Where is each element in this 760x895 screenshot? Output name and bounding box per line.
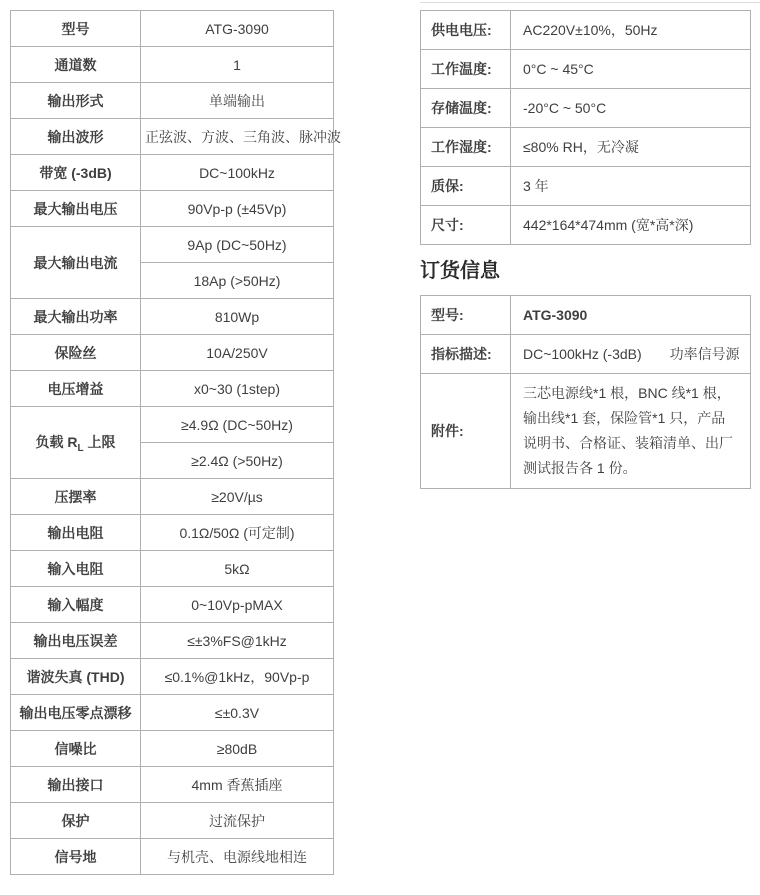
- spec-value: ≥80dB: [141, 731, 334, 767]
- table-row: 输入幅度 0~10Vp-pMAX: [11, 587, 334, 623]
- env-value: ≤80% RH，无冷凝: [511, 128, 751, 167]
- table-row: 尺寸: 442*164*474mm (宽*高*深): [421, 206, 751, 245]
- spec-label: 电压增益: [11, 371, 141, 407]
- table-row: 谐波失真 (THD) ≤0.1%@1kHz，90Vp-p: [11, 659, 334, 695]
- spec-label: 保护: [11, 803, 141, 839]
- spec-value: 0~10Vp-pMAX: [141, 587, 334, 623]
- spec-value: ≤±0.3V: [141, 695, 334, 731]
- table-row: 信噪比 ≥80dB: [11, 731, 334, 767]
- env-label: 工作湿度:: [421, 128, 511, 167]
- spec-label: 最大输出功率: [11, 299, 141, 335]
- spec-label: 最大输出电压: [11, 191, 141, 227]
- table-row: 输出电阻 0.1Ω/50Ω (可定制): [11, 515, 334, 551]
- env-label: 存储温度:: [421, 89, 511, 128]
- divider: [420, 2, 760, 3]
- spec-value: 正弦波、方波、三角波、脉冲波: [141, 119, 334, 155]
- table-row: 输出波形 正弦波、方波、三角波、脉冲波: [11, 119, 334, 155]
- table-row: 型号 ATG-3090: [11, 11, 334, 47]
- spec-value: 过流保护: [141, 803, 334, 839]
- spec-value: 90Vp-p (±45Vp): [141, 191, 334, 227]
- spec-label: 型号: [11, 11, 141, 47]
- order-label: 附件:: [421, 374, 511, 489]
- table-row: 型号: ATG-3090: [421, 296, 751, 335]
- table-row: 输出电压误差 ≤±3%FS@1kHz: [11, 623, 334, 659]
- spec-table: 型号 ATG-3090 通道数 1 输出形式 单端输出 输出波形 正弦波、方波、…: [10, 10, 334, 875]
- spec-sheet-page: 型号 ATG-3090 通道数 1 输出形式 单端输出 输出波形 正弦波、方波、…: [0, 0, 760, 895]
- order-label: 指标描述:: [421, 335, 511, 374]
- table-row: 负载 RL 上限 ≥4.9Ω (DC~50Hz): [11, 407, 334, 443]
- spec-label: 输出电阻: [11, 515, 141, 551]
- table-row: 最大输出电压 90Vp-p (±45Vp): [11, 191, 334, 227]
- spec-value: 4mm 香蕉插座: [141, 767, 334, 803]
- env-value: -20°C ~ 50°C: [511, 89, 751, 128]
- order-model-value: ATG-3090: [511, 296, 751, 335]
- table-row: 工作温度: 0°C ~ 45°C: [421, 50, 751, 89]
- order-label: 型号:: [421, 296, 511, 335]
- spec-value: 18Ap (>50Hz): [141, 263, 334, 299]
- spec-label: 输出形式: [11, 83, 141, 119]
- spec-value: ≥2.4Ω (>50Hz): [141, 443, 334, 479]
- spec-value: ≤±3%FS@1kHz: [141, 623, 334, 659]
- spec-value: 5kΩ: [141, 551, 334, 587]
- table-row: 通道数 1: [11, 47, 334, 83]
- table-row: 输出形式 单端输出: [11, 83, 334, 119]
- table-row: 指标描述: DC~100kHz (-3dB) 功率信号源: [421, 335, 751, 374]
- spec-label: 输出电压误差: [11, 623, 141, 659]
- spec-value: 1: [141, 47, 334, 83]
- spec-label: 信号地: [11, 839, 141, 875]
- table-row: 附件: 三芯电源线*1 根，BNC 线*1 根，输出线*1 套，保险管*1 只，…: [421, 374, 751, 489]
- table-row: 信号地 与机壳、电源线地相连: [11, 839, 334, 875]
- spec-value: 0.1Ω/50Ω (可定制): [141, 515, 334, 551]
- table-row: 保护 过流保护: [11, 803, 334, 839]
- spec-label: 输入电阻: [11, 551, 141, 587]
- table-row: 电压增益 x0~30 (1step): [11, 371, 334, 407]
- table-row: 输入电阻 5kΩ: [11, 551, 334, 587]
- env-value: AC220V±10%，50Hz: [511, 11, 751, 50]
- env-value: 442*164*474mm (宽*高*深): [511, 206, 751, 245]
- spec-value: DC~100kHz: [141, 155, 334, 191]
- spec-value: ≥20V/µs: [141, 479, 334, 515]
- table-row: 供电电压: AC220V±10%，50Hz: [421, 11, 751, 50]
- spec-label: 负载 RL 上限: [11, 407, 141, 479]
- order-accessories-value: 三芯电源线*1 根，BNC 线*1 根，输出线*1 套，保险管*1 只，产品说明…: [511, 374, 751, 489]
- env-label: 工作温度:: [421, 50, 511, 89]
- spec-label: 压摆率: [11, 479, 141, 515]
- env-label: 尺寸:: [421, 206, 511, 245]
- table-row: 输出接口 4mm 香蕉插座: [11, 767, 334, 803]
- spec-value: 810Wp: [141, 299, 334, 335]
- table-row: 带宽 (-3dB) DC~100kHz: [11, 155, 334, 191]
- order-spec-value: DC~100kHz (-3dB) 功率信号源: [511, 335, 751, 374]
- table-row: 最大输出功率 810Wp: [11, 299, 334, 335]
- spec-label: 输出电压零点漂移: [11, 695, 141, 731]
- table-row: 压摆率 ≥20V/µs: [11, 479, 334, 515]
- order-info-table: 型号: ATG-3090 指标描述: DC~100kHz (-3dB) 功率信号…: [420, 295, 751, 489]
- spec-label: 最大输出电流: [11, 227, 141, 299]
- spec-value: ≥4.9Ω (DC~50Hz): [141, 407, 334, 443]
- spec-label: 输出接口: [11, 767, 141, 803]
- order-info-heading: 订货信息: [420, 257, 500, 285]
- spec-value: 10A/250V: [141, 335, 334, 371]
- env-value: 3 年: [511, 167, 751, 206]
- spec-value: ATG-3090: [141, 11, 334, 47]
- env-label: 质保:: [421, 167, 511, 206]
- table-row: 质保: 3 年: [421, 167, 751, 206]
- spec-label: 输入幅度: [11, 587, 141, 623]
- spec-label: 信噪比: [11, 731, 141, 767]
- spec-label: 带宽 (-3dB): [11, 155, 141, 191]
- table-row: 输出电压零点漂移 ≤±0.3V: [11, 695, 334, 731]
- spec-label: 输出波形: [11, 119, 141, 155]
- spec-label: 谐波失真 (THD): [11, 659, 141, 695]
- spec-label: 通道数: [11, 47, 141, 83]
- spec-value: ≤0.1%@1kHz，90Vp-p: [141, 659, 334, 695]
- spec-value: x0~30 (1step): [141, 371, 334, 407]
- table-row: 最大输出电流 9Ap (DC~50Hz): [11, 227, 334, 263]
- env-table: 供电电压: AC220V±10%，50Hz 工作温度: 0°C ~ 45°C 存…: [420, 10, 751, 245]
- spec-label: 保险丝: [11, 335, 141, 371]
- env-label: 供电电压:: [421, 11, 511, 50]
- spec-value: 与机壳、电源线地相连: [141, 839, 334, 875]
- table-row: 工作湿度: ≤80% RH，无冷凝: [421, 128, 751, 167]
- spec-value: 单端输出: [141, 83, 334, 119]
- env-value: 0°C ~ 45°C: [511, 50, 751, 89]
- table-row: 存储温度: -20°C ~ 50°C: [421, 89, 751, 128]
- spec-value: 9Ap (DC~50Hz): [141, 227, 334, 263]
- table-row: 保险丝 10A/250V: [11, 335, 334, 371]
